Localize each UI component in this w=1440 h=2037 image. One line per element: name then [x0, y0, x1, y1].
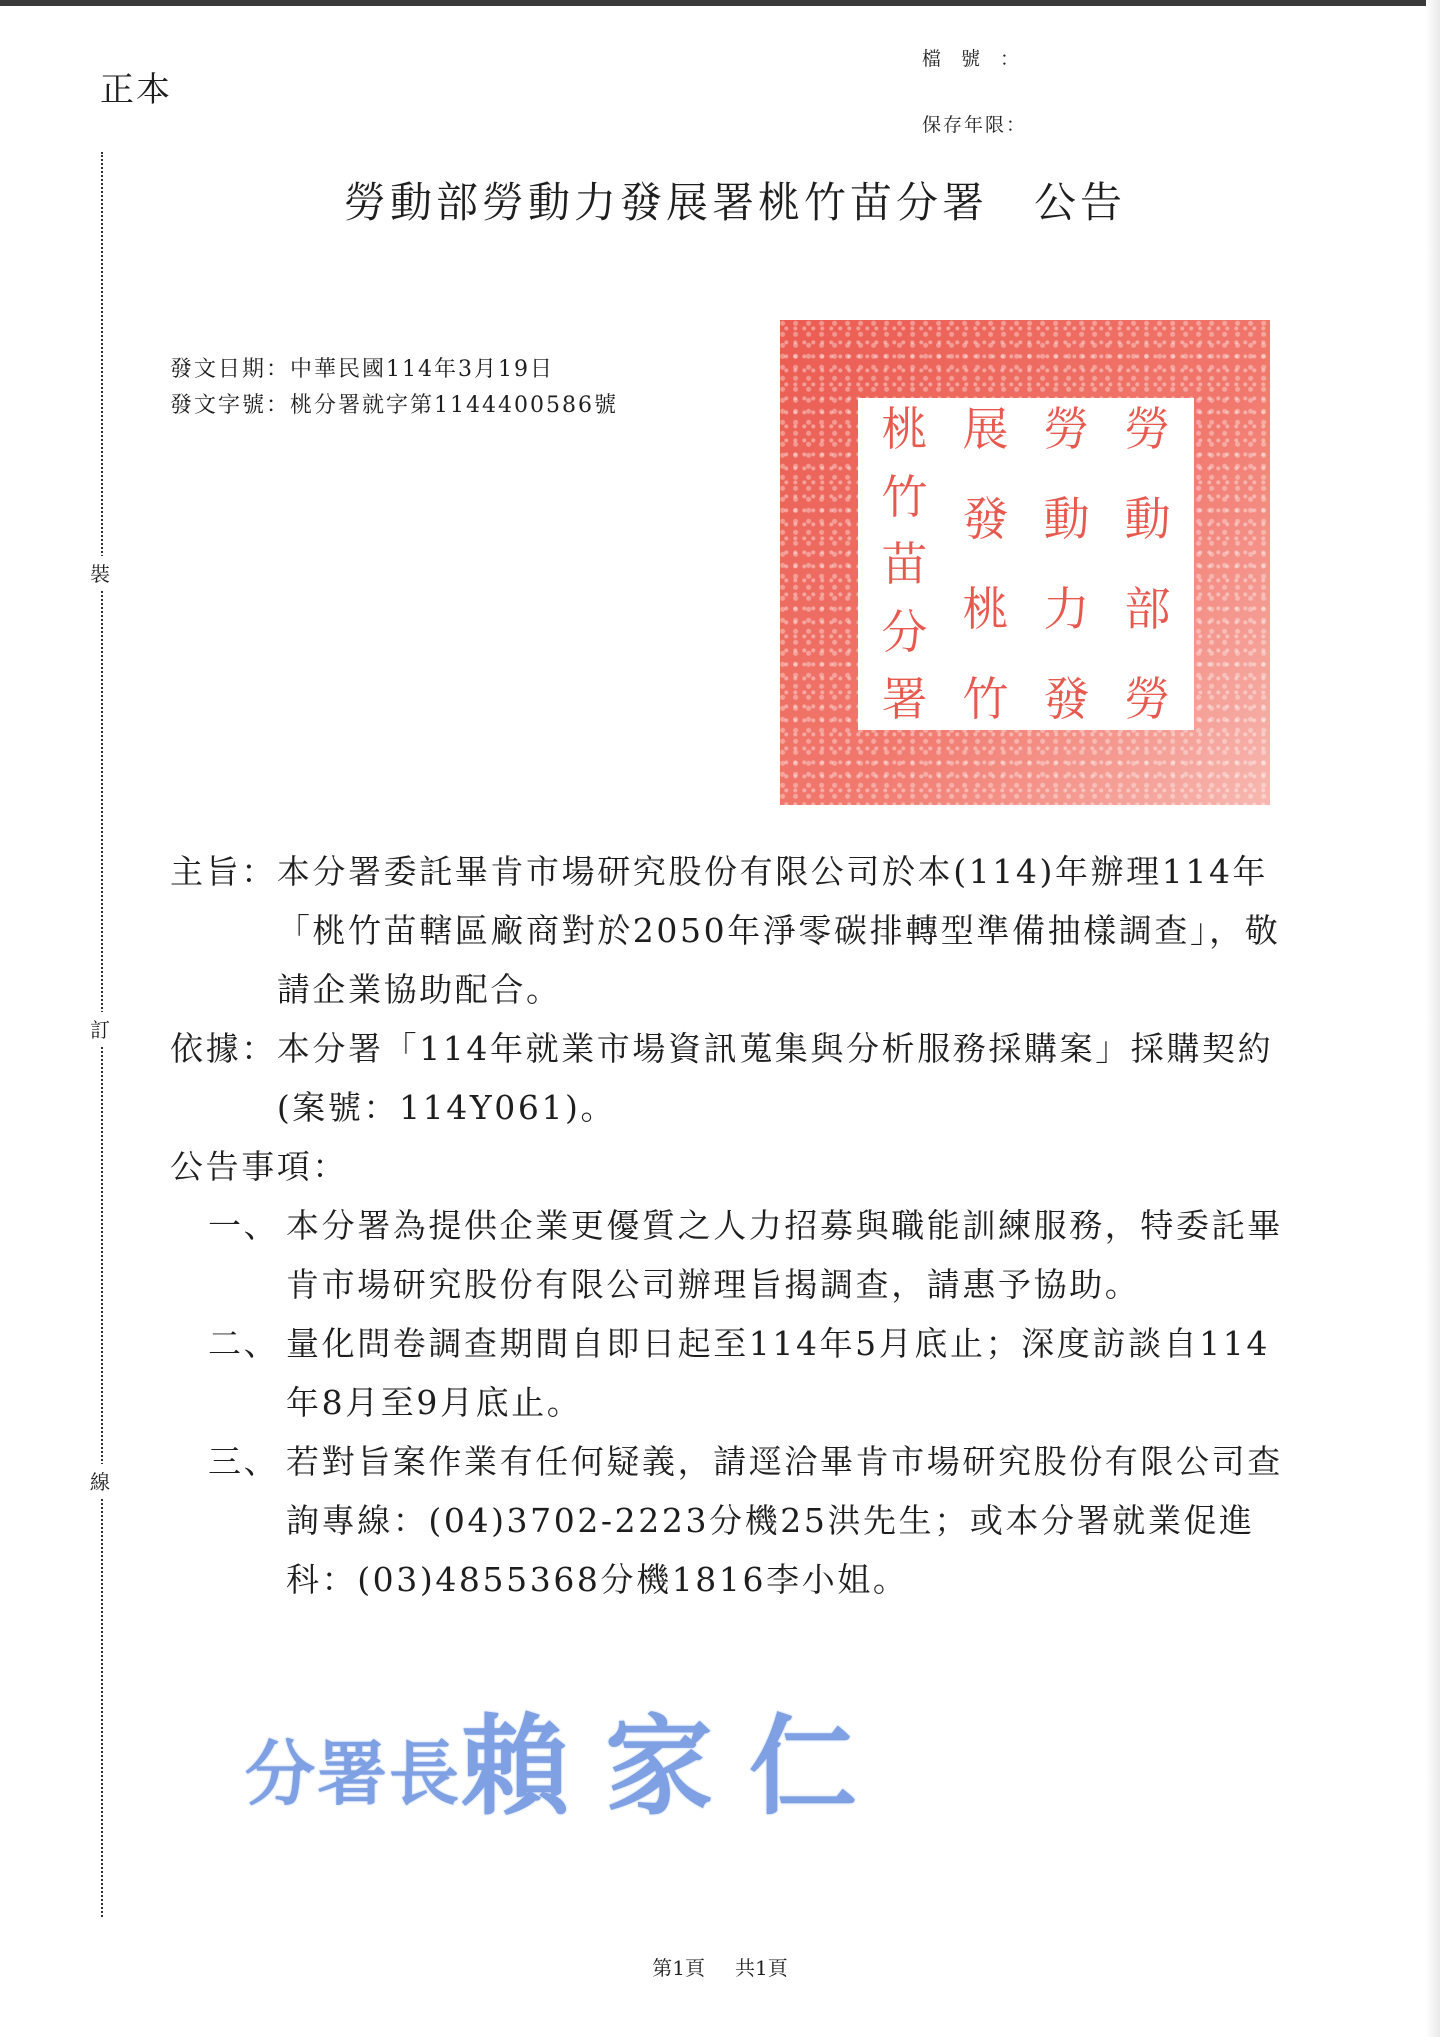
issue-date-label: 發文日期： — [170, 357, 290, 382]
notice-item: 二、 量化問卷調查期間自即日起至114年5月底止；深度訪談自114年8月至9月底… — [208, 1314, 1300, 1432]
seal-char: 動 — [1125, 496, 1171, 542]
notice-item-text: 量化問卷調查期間自即日起至114年5月底止；深度訪談自114年8月至9月底止。 — [286, 1314, 1300, 1432]
notice-item-text: 若對旨案作業有任何疑義，請逕洽畢肯市場研究股份有限公司查詢專線：(04)3702… — [286, 1432, 1300, 1609]
seal-char: 部 — [1125, 586, 1171, 632]
seal-column: 勞 動 力 發 — [1028, 406, 1105, 722]
seal-column: 展 發 桃 竹 — [947, 406, 1024, 722]
director-signature-stamp: 分署長賴家仁 — [245, 1680, 893, 1835]
seal-char: 勞 — [1044, 406, 1090, 452]
issue-date-row: 發文日期：中華民國114年3月19日 — [170, 352, 618, 388]
page-total: 共1頁 — [735, 1956, 788, 1980]
title-document-type: 公告 — [1034, 178, 1126, 227]
seal-char: 勞 — [1125, 676, 1171, 722]
issue-ref-value: 桃分署就字第1144400586號 — [290, 393, 618, 418]
original-copy-mark: 正本 — [100, 62, 172, 111]
seal-char: 力 — [1044, 586, 1090, 632]
issue-info: 發文日期：中華民國114年3月19日 發文字號：桃分署就字第1144400586… — [170, 352, 618, 424]
basis-section: 依據： 本分署「114年就業市場資訊蒐集與分析服務採購案」採購契約(案號：114… — [170, 1019, 1300, 1137]
binding-char-ding: 訂 — [90, 1012, 110, 1045]
signature-name: 賴家仁 — [461, 1704, 893, 1830]
notice-item: 一、 本分署為提供企業更優質之人力招募與職能訓練服務，特委託畢肯市場研究股份有限… — [208, 1196, 1300, 1314]
issue-ref-row: 發文字號：桃分署就字第1144400586號 — [170, 388, 618, 424]
seal-char: 發 — [963, 496, 1009, 542]
basis-label: 依據： — [170, 1019, 277, 1137]
title-organization: 勞動部勞動力發展署桃竹苗分署 — [344, 178, 988, 227]
seal-char: 署 — [882, 676, 928, 722]
subject-section: 主旨： 本分署委託畢肯市場研究股份有限公司於本(114)年辦理114年「桃竹苗轄… — [170, 842, 1300, 1019]
seal-char: 苗 — [882, 541, 928, 587]
seal-char: 桃 — [882, 406, 928, 452]
basis-text: 本分署「114年就業市場資訊蒐集與分析服務採購案」採購契約(案號：114Y061… — [277, 1019, 1300, 1137]
page-current: 第1頁 — [652, 1956, 705, 1980]
notice-items-heading: 公告事項： — [170, 1137, 1300, 1196]
seal-char: 竹 — [882, 474, 928, 520]
subject-text: 本分署委託畢肯市場研究股份有限公司於本(114)年辦理114年「桃竹苗轄區廠商對… — [277, 842, 1300, 1019]
issue-ref-label: 發文字號： — [170, 393, 290, 418]
notice-item-number: 二、 — [208, 1314, 286, 1432]
seal-char: 勞 — [1125, 406, 1171, 452]
seal-inscription: 桃 竹 苗 分 署 展 發 桃 竹 勞 動 力 發 勞 動 部 勞 — [858, 398, 1194, 730]
binding-char-zhuang: 裝 — [90, 556, 110, 589]
seal-char: 動 — [1044, 496, 1090, 542]
notice-item-number: 一、 — [208, 1196, 286, 1314]
document-title: 勞動部勞動力發展署桃竹苗分署公告 — [0, 170, 1440, 230]
seal-char: 竹 — [963, 676, 1009, 722]
notice-item-number: 三、 — [208, 1432, 286, 1609]
scan-right-edge — [1426, 0, 1440, 2037]
file-number-label: 檔號： — [922, 44, 1039, 71]
seal-column: 勞 動 部 勞 — [1109, 406, 1186, 722]
retention-period-label: 保存年限： — [922, 110, 1027, 137]
seal-char: 展 — [963, 406, 1009, 452]
seal-char: 分 — [882, 609, 928, 655]
subject-label: 主旨： — [170, 842, 277, 1019]
seal-char: 桃 — [963, 586, 1009, 632]
seal-char: 發 — [1044, 676, 1090, 722]
binding-char-xian: 線 — [90, 1464, 110, 1497]
notice-item-text: 本分署為提供企業更優質之人力招募與職能訓練服務，特委託畢肯市場研究股份有限公司辦… — [286, 1196, 1300, 1314]
signature-title: 分署長 — [245, 1732, 461, 1815]
scan-top-edge — [0, 0, 1440, 6]
issue-date-value: 中華民國114年3月19日 — [290, 357, 554, 382]
page-footer: 第1頁共1頁 — [0, 1952, 1440, 1981]
notice-item: 三、 若對旨案作業有任何疑義，請逕洽畢肯市場研究股份有限公司查詢專線：(04)3… — [208, 1432, 1300, 1609]
official-red-seal-stamp: 桃 竹 苗 分 署 展 發 桃 竹 勞 動 力 發 勞 動 部 勞 — [780, 320, 1270, 805]
seal-column: 桃 竹 苗 分 署 — [866, 406, 943, 722]
